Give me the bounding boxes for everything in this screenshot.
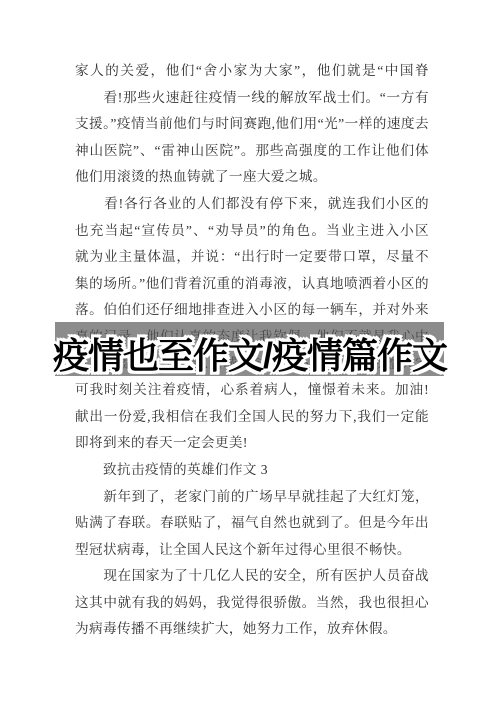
essay-line: 这其中就有我的妈妈，我觉得很骄傲。当然，我也很担心她的.安全。 <box>75 590 429 617</box>
essay-line: 贴满了春联。春联贴了，福气自然也就到了。但是今年出现的一种新 <box>75 510 429 537</box>
essay-line: 即将到来的春天一定会更美! <box>75 430 429 457</box>
essay-line: 献出一份爱,我相信在我们全国人民的努力下,我们一定能攻克疫情! <box>75 404 429 431</box>
watermark-title: 疫情也至作文/疫情篇作文 <box>0 328 500 379</box>
essay-line: 现在国家为了十几亿人民的安全，所有医护人员奋战在第一线。 <box>75 563 429 590</box>
essay-line: 可我时刻关注着疫情，心系着病人，憧憬着未来。加油!只要人人都 <box>75 377 429 404</box>
essay-line: 新年到了，老家门前的广场早早就挂起了大红灯笼，大街小巷也 <box>75 484 429 511</box>
essay-section-title: 致抗击疫情的英雄们作文 3 <box>75 457 429 484</box>
document-page: 家人的关爱，他们“舍小家为大家”，他们就是“中国脊梁”！ 看!那些火速赶往疫情一… <box>0 0 500 707</box>
essay-line: 他们用滚烫的热血铸就了一座大爱之城。 <box>75 164 429 191</box>
essay-line: 为病毒传播不再继续扩大，她努力工作，放弃休假。 <box>75 616 429 643</box>
essay-line: 型冠状病毒，让全国人民这个新年过得心里很不畅快。 <box>75 537 429 564</box>
essay-line: 家人的关爱，他们“舍小家为大家”，他们就是“中国脊梁”！ <box>75 58 429 85</box>
essay-line: 神山医院”、“雷神山医院”。那些高强度的工作让他们体力虚脱，但 <box>75 138 429 165</box>
essay-line: 集的场所。”他们背着沉重的消毒液，认真地喷洒着小区的每一个角 <box>75 271 429 298</box>
essay-line: 看!各行各业的人们都没有停下来，就连我们小区的保安伯伯们 <box>75 191 429 218</box>
essay-line: 就为业主量体温，并说：“出行时一定要带口罩，尽量不要去人群密 <box>75 244 429 271</box>
essay-line: 也充当起“宣传员”、“劝导员”的角色。当业主进入小区时，他们 <box>75 218 429 245</box>
essay-line: 支援。”疫情当前他们与时间赛跑,他们用“光”一样的速度去建造“火 <box>75 111 429 138</box>
essay-line: 看!那些火速赶往疫情一线的解放军战士们。“一方有难，八方 <box>75 85 429 112</box>
essay-line: 落。伯伯们还仔细地排查进入小区的每一辆车，并对外来车辆进行认 <box>75 297 429 324</box>
